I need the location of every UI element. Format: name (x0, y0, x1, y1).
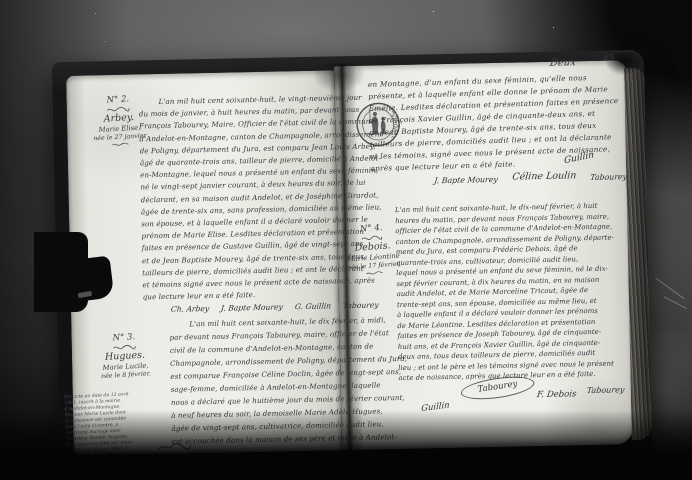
binder-clip (34, 232, 118, 312)
folio-word: Deux (549, 57, 578, 69)
paraphe-flourish-icon (111, 141, 129, 147)
act4-body-text: L'an mil huit cent soixante-huit, le dix… (395, 200, 637, 383)
signature: J. Bapte Mourey (221, 302, 284, 312)
signature: Ch. Arbey (170, 304, 209, 314)
signature: Tabourey (343, 300, 380, 310)
margin-entry-act3: N° 3. Hugues. Marie Lucile, née le 8 fév… (83, 331, 167, 382)
signature: G. Guillin (295, 301, 332, 311)
signature: Céline Loulin (511, 170, 576, 182)
register-book: N° 2. Arbey. Marie Elise, née le 27 janv… (52, 50, 652, 472)
signature: F. Debois (536, 389, 577, 400)
margin-entry-act4: N° 4. Debois. Marie Léontine née le 17 f… (342, 222, 404, 278)
background-scratch (655, 278, 685, 300)
register-photo: N° 2. Arbey. Marie Elise, née le 27 janv… (0, 0, 692, 480)
folio-number: 65 (604, 53, 615, 63)
shadow-bottom (0, 410, 692, 480)
signature: J. Bapte Mourey (434, 175, 499, 185)
signature: Tabourey (586, 385, 625, 395)
dust-specks (433, 11, 434, 12)
signature: Tabourey (589, 172, 627, 182)
act2-body-text: L'an mil huit cent soixante-huit, le vin… (139, 92, 343, 304)
